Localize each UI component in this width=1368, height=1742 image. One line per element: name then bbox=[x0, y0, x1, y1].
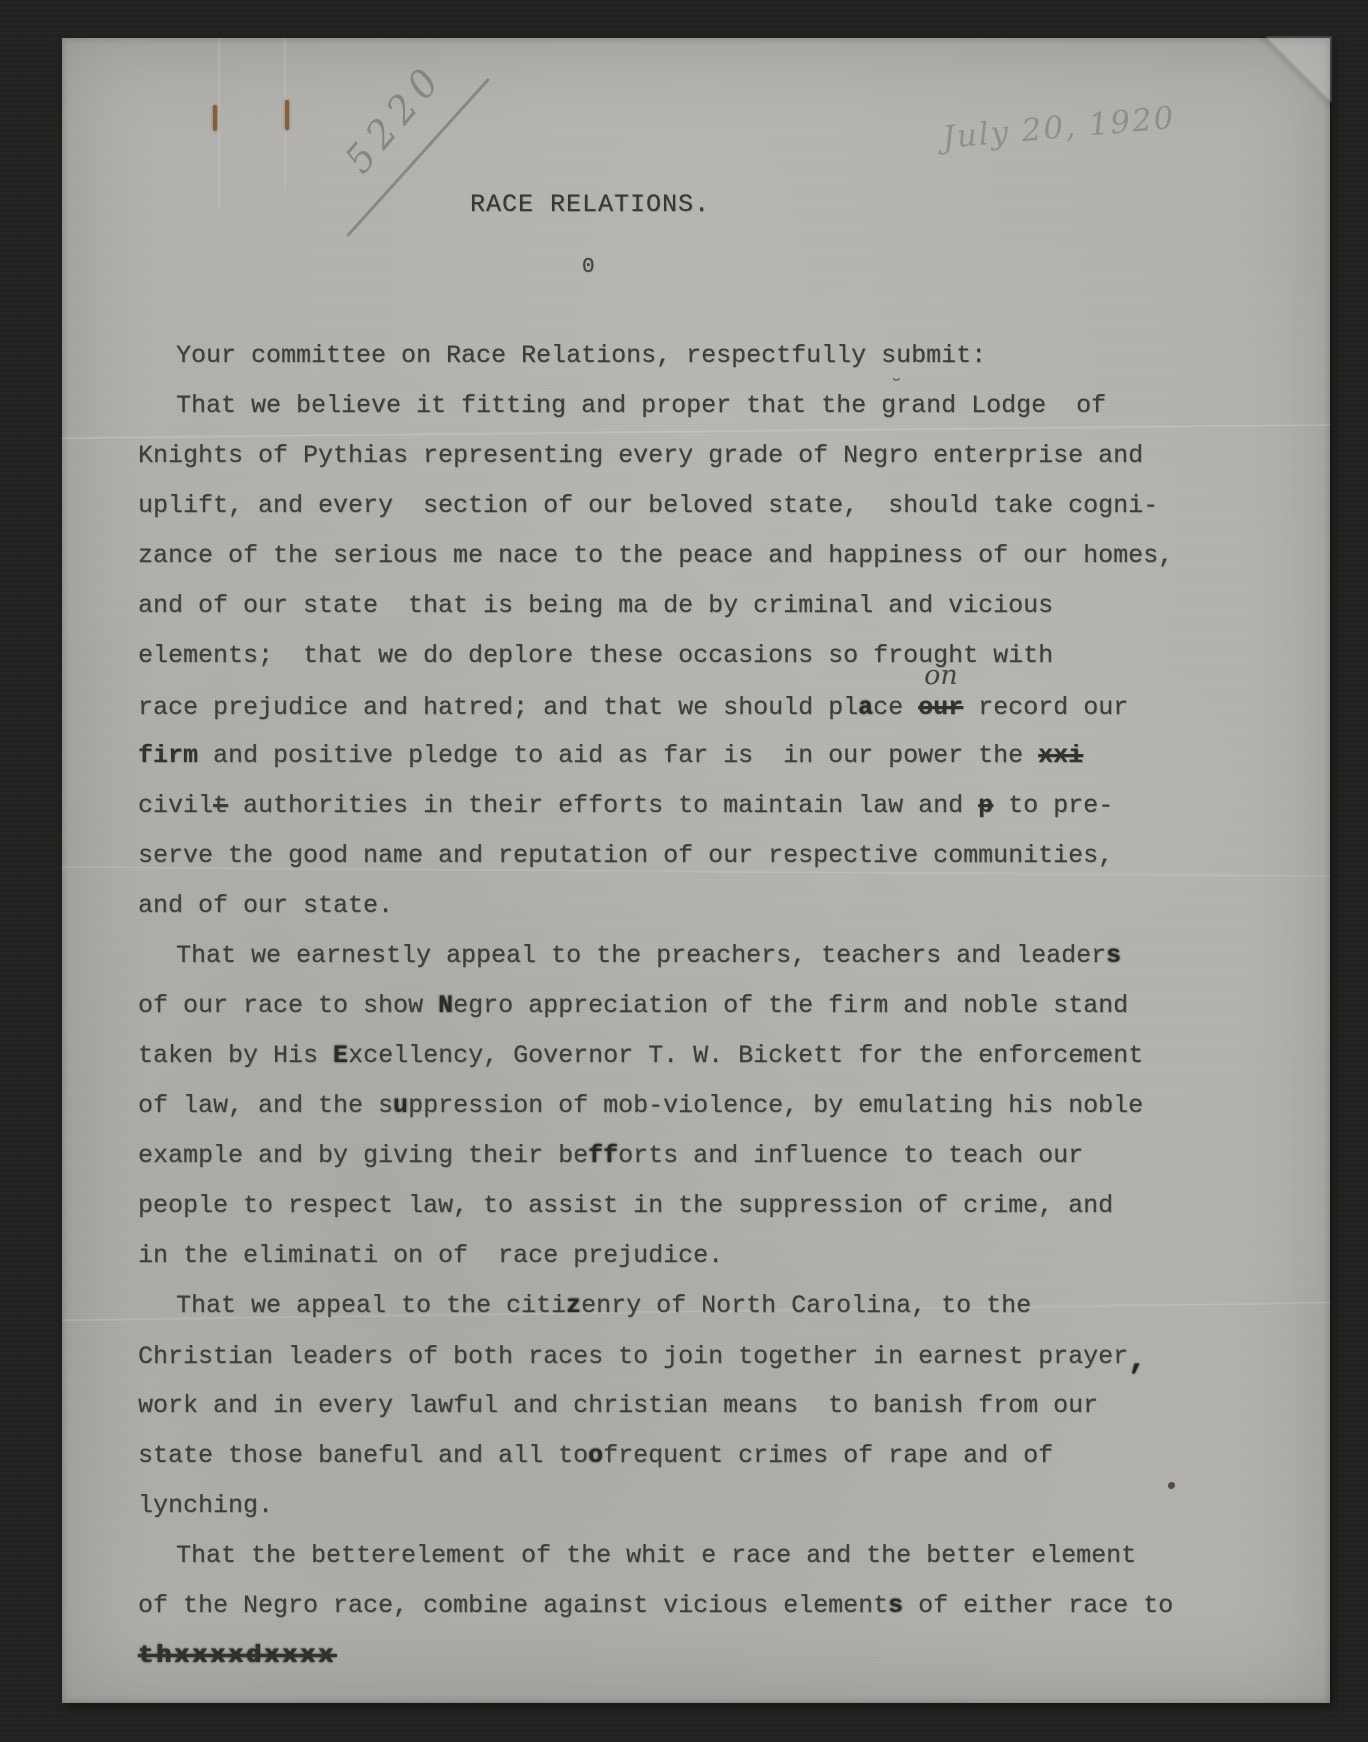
typed-line: That the betterelement of the whit e rac… bbox=[138, 1538, 1278, 1588]
typed-segment-blot: z bbox=[566, 1291, 581, 1320]
typed-line: Your committee on Race Relations, respec… bbox=[138, 338, 1278, 388]
document-title: RACE RELATIONS. bbox=[470, 190, 710, 219]
typed-segment: egro appreciation of the firm and noble … bbox=[453, 991, 1128, 1020]
typed-segment: taken by His bbox=[138, 1041, 333, 1070]
typed-segment: frequent crimes of rape and of bbox=[603, 1441, 1053, 1470]
typed-line: uplift, and every section of our beloved… bbox=[138, 488, 1278, 538]
typed-segment-strike: thxxxxdxxxx bbox=[138, 1641, 336, 1670]
typed-segment: race prejudice and hatred; and that we s… bbox=[138, 693, 858, 722]
pencil-number-annotation: 5220 bbox=[336, 55, 452, 182]
typed-segment: xcellency, Governor T. W. Bickett for th… bbox=[348, 1041, 1143, 1070]
typed-segment-blot: s bbox=[1106, 941, 1121, 970]
typed-segment: to pre- bbox=[993, 791, 1113, 820]
typed-line: civilt authorities in their efforts to m… bbox=[138, 788, 1278, 838]
typed-segment: of law, and the s bbox=[138, 1091, 393, 1120]
scan-backing: 5220 July 20, 1920 RACE RELATIONS. 0 You… bbox=[0, 0, 1368, 1742]
typed-segment: and of our state that is being ma de by … bbox=[138, 591, 1053, 620]
typed-segment: of the Negro race, combine against vicio… bbox=[138, 1591, 888, 1620]
rust-staple-mark bbox=[285, 100, 289, 130]
typed-segment-blot: s bbox=[888, 1591, 903, 1620]
typed-segment-blot: E bbox=[333, 1041, 348, 1070]
typed-segment: Your committee on Race Relations, respec… bbox=[176, 341, 986, 370]
typed-line: of our race to show Negro appreciation o… bbox=[138, 988, 1278, 1038]
typed-segment: people to respect law, to assist in the … bbox=[138, 1191, 1113, 1220]
typed-segment: ce bbox=[873, 693, 918, 722]
typed-segment: ppression of mob-violence, by emulating … bbox=[408, 1091, 1143, 1120]
typed-line: of the Negro race, combine against vicio… bbox=[138, 1588, 1278, 1638]
typed-segment-blot: u bbox=[393, 1091, 408, 1120]
typed-segment-blot: N bbox=[438, 991, 453, 1020]
typed-line: taken by His Excellency, Governor T. W. … bbox=[138, 1038, 1278, 1088]
typed-segment: authorities in their efforts to maintain… bbox=[228, 791, 978, 820]
typed-segment: lynching. bbox=[138, 1491, 273, 1520]
typed-segment: Christian leaders of both races to join … bbox=[138, 1342, 1128, 1371]
typed-segment: That we appeal to the citi bbox=[176, 1291, 566, 1320]
typed-segment: record our bbox=[963, 693, 1128, 722]
typed-segment: enry of North Carolina, to the bbox=[581, 1291, 1031, 1320]
typed-segment: state those baneful and all to bbox=[138, 1441, 588, 1470]
typed-segment: serve the good name and reputation of ou… bbox=[138, 841, 1113, 870]
typed-line: serve the good name and reputation of ou… bbox=[138, 838, 1278, 888]
typed-line: example and by giving their befforts and… bbox=[138, 1138, 1278, 1188]
typed-segment-strike: xxi bbox=[1038, 741, 1083, 770]
typed-segment: in the eliminati on of race prejudice. bbox=[138, 1241, 723, 1270]
rust-staple-mark bbox=[213, 105, 217, 131]
stray-type-mark: 0 bbox=[582, 256, 595, 279]
typed-segment-blot: ff bbox=[588, 1141, 618, 1170]
typed-segment-blot: o bbox=[588, 1441, 603, 1470]
pencil-date-annotation: July 20, 1920 bbox=[941, 100, 1177, 156]
typed-line: Knights of Pythias representing every gr… bbox=[138, 438, 1278, 488]
folded-corner bbox=[1246, 36, 1332, 122]
typed-segment: elements; that we do deplore these occas… bbox=[138, 641, 1053, 670]
typed-line: zance of the serious me nace to the peac… bbox=[138, 538, 1278, 588]
typed-segment: orts and influence to teach our bbox=[618, 1141, 1083, 1170]
document-page: 5220 July 20, 1920 RACE RELATIONS. 0 You… bbox=[62, 38, 1330, 1703]
typed-segment: uplift, and every section of our beloved… bbox=[138, 491, 1158, 520]
typed-segment-bold: firm bbox=[138, 741, 198, 770]
typed-segment: of either race to bbox=[903, 1591, 1173, 1620]
typed-body: Your committee on Race Relations, respec… bbox=[138, 338, 1278, 1688]
typed-line: and of our state. bbox=[138, 888, 1278, 938]
typed-segment-strike: t bbox=[213, 791, 228, 820]
typed-line: people to respect law, to assist in the … bbox=[138, 1188, 1278, 1238]
typed-segment: and positive pledge to aid as far is in … bbox=[198, 741, 1038, 770]
typed-segment: That we earnestly appeal to the preacher… bbox=[176, 941, 1106, 970]
typed-line: work and in every lawful and christian m… bbox=[138, 1388, 1278, 1438]
typed-line: elements; that we do deplore these occas… bbox=[138, 638, 1278, 688]
typed-line: That we believe it fitting and proper th… bbox=[138, 388, 1278, 438]
typed-segment: That the betterelement of the whit e rac… bbox=[176, 1541, 1136, 1570]
typed-line: of law, and the suppression of mob-viole… bbox=[138, 1088, 1278, 1138]
crease-line bbox=[218, 38, 220, 208]
typed-line: That we earnestly appeal to the preacher… bbox=[138, 938, 1278, 988]
typed-segment-strike: p bbox=[978, 791, 993, 820]
typed-segment: and of our state. bbox=[138, 891, 393, 920]
typed-segment: example and by giving their be bbox=[138, 1141, 588, 1170]
typed-segment: grand Lodge of bbox=[881, 391, 1106, 420]
typed-segment: Knights of Pythias representing every gr… bbox=[138, 441, 1143, 470]
typed-segment-blot: a bbox=[858, 693, 873, 722]
typed-segment: civil bbox=[138, 791, 213, 820]
typed-segment: That we believe it fitting and proper th… bbox=[176, 391, 881, 420]
typed-line: That we appeal to the citizenry of North… bbox=[138, 1288, 1278, 1338]
typed-segment-blot-comma: , bbox=[1128, 1343, 1147, 1378]
typed-segment: work and in every lawful and christian m… bbox=[138, 1391, 1098, 1420]
typed-line: and of our state that is being ma de by … bbox=[138, 588, 1278, 638]
typed-segment: zance of the serious me nace to the peac… bbox=[138, 541, 1173, 570]
typed-line: state those baneful and all toofrequent … bbox=[138, 1438, 1278, 1488]
typed-segment: of our race to show bbox=[138, 991, 438, 1020]
typed-segment-strike: our bbox=[918, 693, 963, 722]
typed-line: Christian leaders of both races to join … bbox=[138, 1338, 1278, 1388]
typed-line: thxxxxdxxxx bbox=[138, 1638, 1278, 1688]
typed-line: in the eliminati on of race prejudice. bbox=[138, 1238, 1278, 1288]
typed-line: firm and positive pledge to aid as far i… bbox=[138, 738, 1278, 788]
typed-line: lynching. bbox=[138, 1488, 1278, 1538]
typed-line: race prejudice and hatred; and that we s… bbox=[138, 688, 1278, 738]
